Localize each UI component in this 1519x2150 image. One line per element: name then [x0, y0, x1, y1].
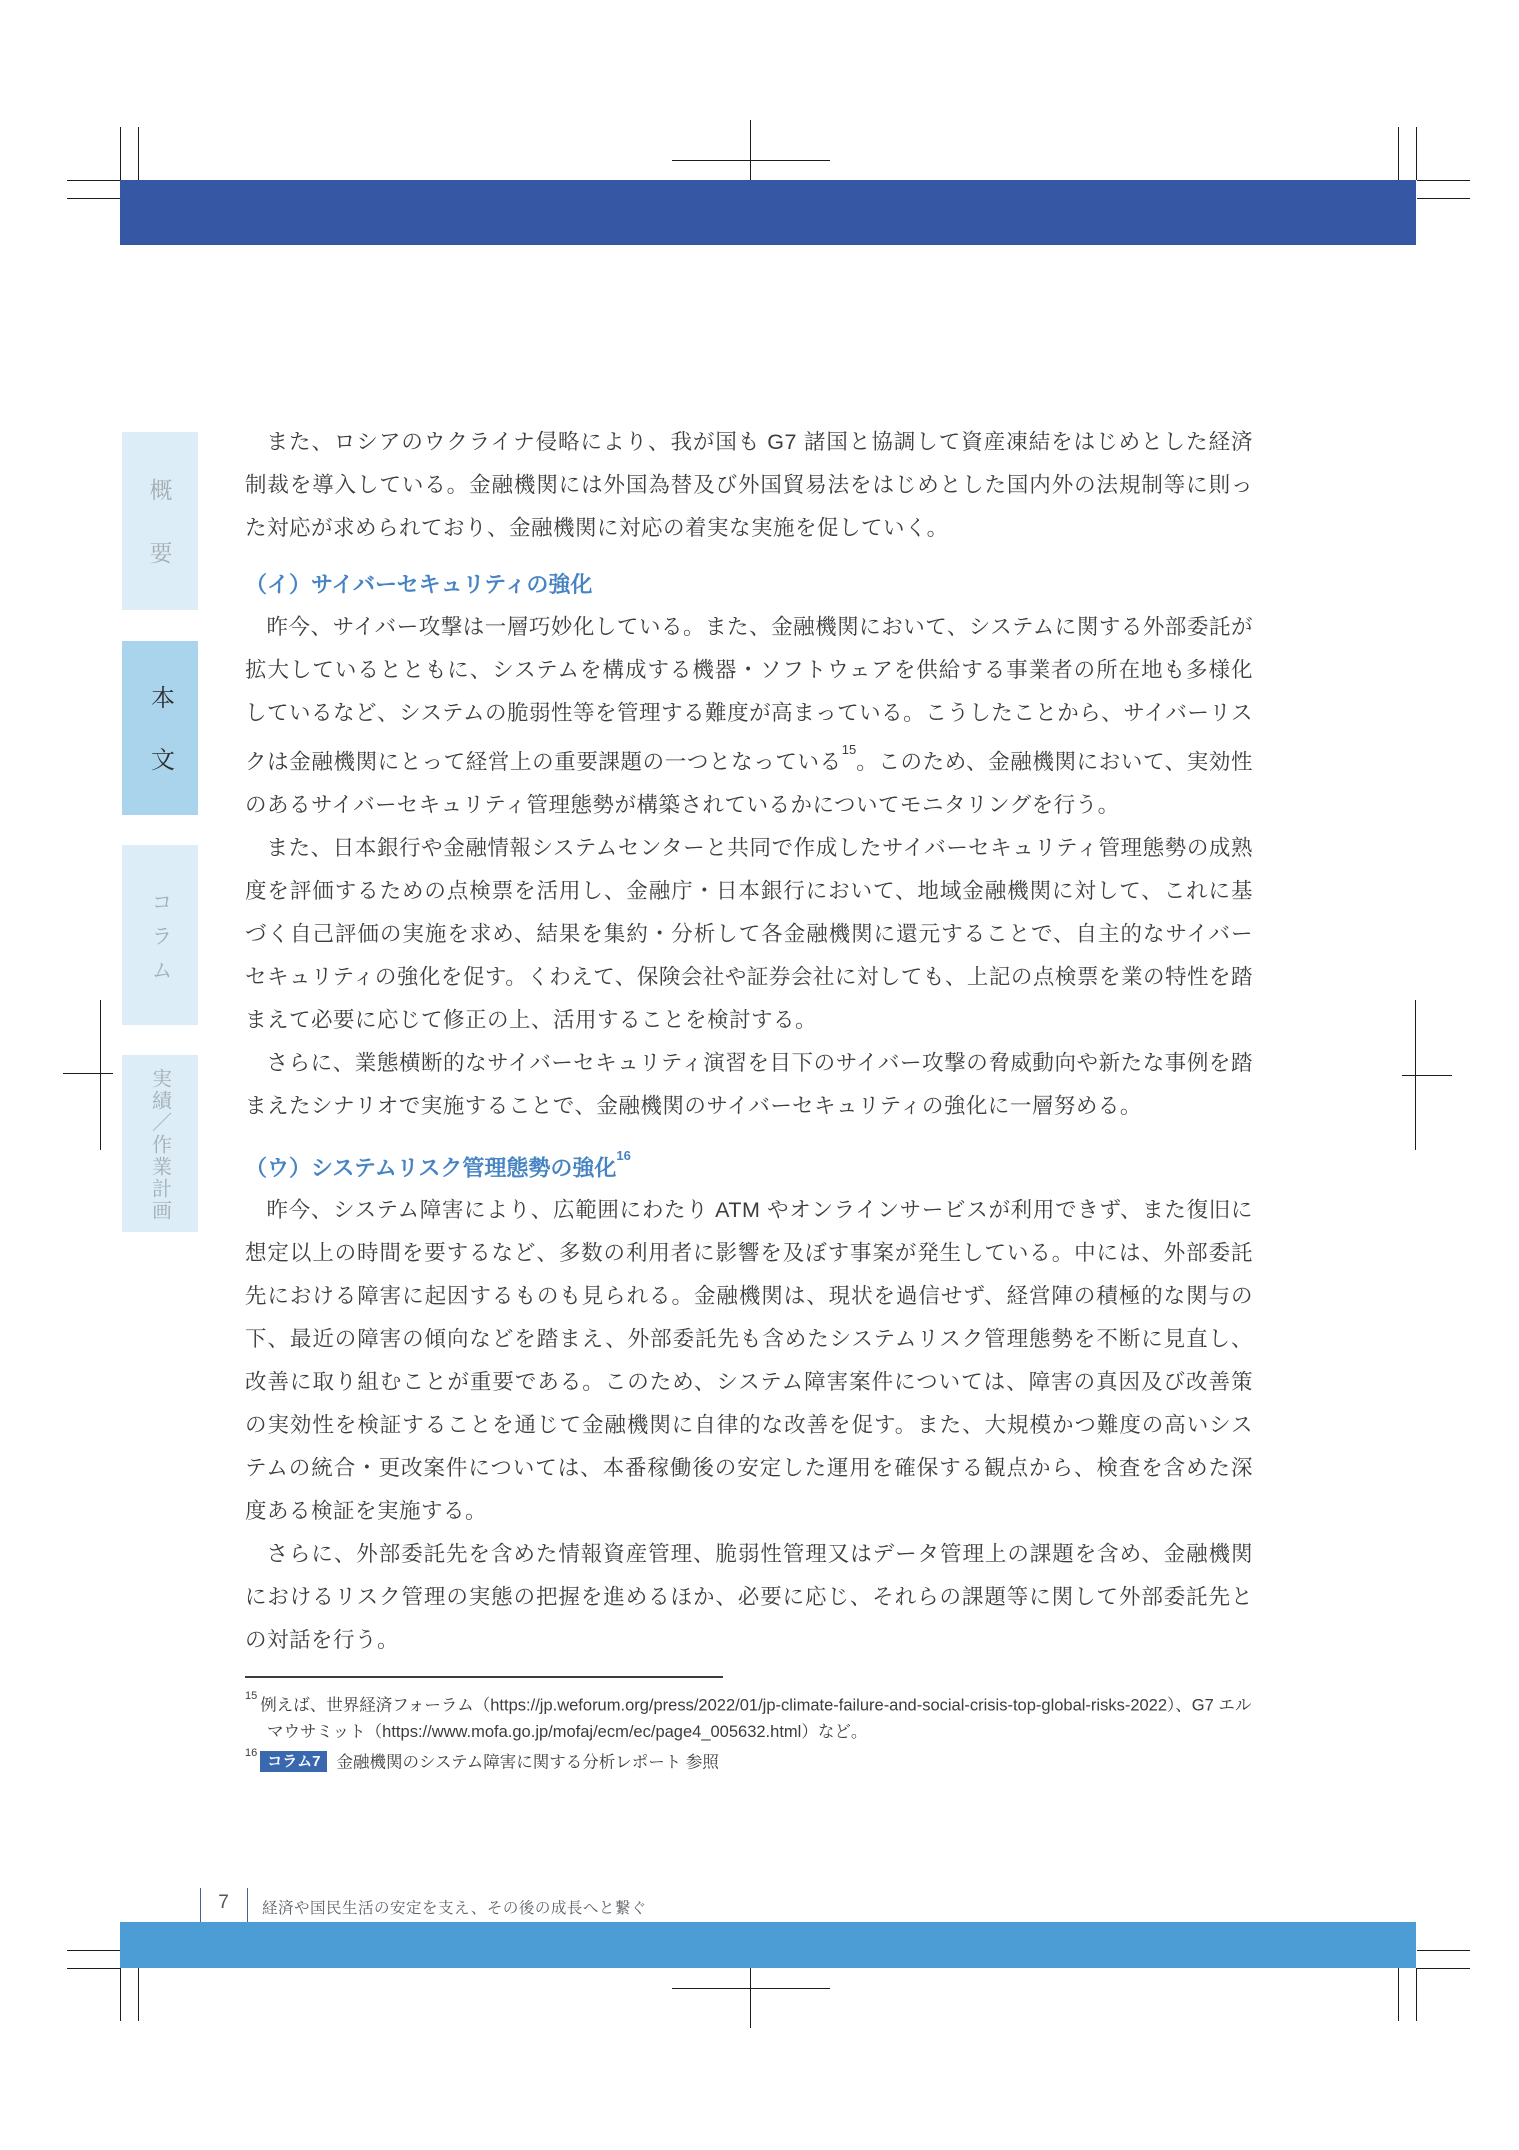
sidebar-tab-overview[interactable]: 概要	[122, 432, 198, 610]
crop-mark	[1416, 127, 1417, 180]
crop-mark	[138, 1968, 139, 2021]
paragraph: また、ロシアのウクライナ侵略により、我が国も G7 諸国と協調して資産凍結をはじ…	[245, 421, 1253, 550]
sidebar-tab-label: コラム	[145, 891, 175, 993]
document-page: 概要 本文 コラム 実績／作業計画 また、ロシアのウクライナ侵略により、我が国も…	[0, 0, 1519, 2150]
footnote-15: 15例えば、世界経済フォーラム（https://jp.weforum.org/p…	[245, 1688, 1253, 1745]
heading-text: （ウ）システムリスク管理態勢の強化	[245, 1155, 616, 1180]
crop-mark	[1417, 1968, 1470, 1969]
header-banner-bar	[120, 180, 1416, 245]
crop-mark	[1416, 1968, 1417, 2021]
section-heading-cybersecurity: （イ）サイバーセキュリティの強化	[245, 563, 1253, 606]
sidebar-tab-label: 実績／作業計画	[146, 1068, 175, 1222]
footnotes: 15例えば、世界経済フォーラム（https://jp.weforum.org/p…	[245, 1676, 1253, 1775]
crop-mark	[138, 127, 139, 180]
footnote-ref-16: 16	[616, 1148, 630, 1163]
paragraph: 昨今、システム障害により、広範囲にわたり ATM やオンラインサービスが利用でき…	[245, 1189, 1253, 1533]
paragraph: さらに、業態横断的なサイバーセキュリティ演習を目下のサイバー攻撃の脅威動向や新た…	[245, 1042, 1253, 1128]
paragraph: 昨今、サイバー攻撃は一層巧妙化している。また、金融機関において、システムに関する…	[245, 606, 1253, 827]
footnote-marker: 15	[245, 1690, 257, 1702]
crop-mark	[67, 1950, 120, 1951]
crop-mark	[67, 180, 120, 181]
footnote-separator	[245, 1676, 723, 1678]
crop-mark	[120, 127, 121, 180]
crop-mark	[1398, 1968, 1399, 2021]
crop-mark	[672, 1988, 830, 1989]
footer-chapter-title: 経済や国民生活の安定を支え、その後の成長へと繋ぐ	[262, 1896, 647, 1918]
footer-banner-bar	[120, 1922, 1416, 1968]
crop-mark	[100, 1000, 101, 1150]
crop-mark	[1417, 1950, 1470, 1951]
column7-badge[interactable]: コラム7	[260, 1751, 327, 1772]
sidebar-tab-main-text[interactable]: 本文	[122, 641, 198, 815]
footnote-16: 16コラム7金融機関のシステム障害に関する分析レポート 参照	[245, 1745, 1253, 1776]
sidebar-tab-label: 本文	[143, 685, 178, 809]
crop-mark	[63, 1073, 113, 1074]
paragraph: また、日本銀行や金融情報システムセンターと共同で作成したサイバーセキュリティ管理…	[245, 827, 1253, 1042]
main-text-column: また、ロシアのウクライナ侵略により、我が国も G7 諸国と協調して資産凍結をはじ…	[245, 421, 1253, 1775]
footnote-marker: 16	[245, 1747, 257, 1759]
crop-mark	[1417, 180, 1470, 181]
crop-mark	[120, 1968, 121, 2021]
footnote-ref-15: 15	[842, 742, 856, 757]
crop-mark	[1417, 198, 1470, 199]
crop-mark	[1402, 1075, 1452, 1076]
crop-mark	[67, 1968, 120, 1969]
sidebar-tab-column[interactable]: コラム	[122, 845, 198, 1025]
paragraph: さらに、外部委託先を含めた情報資産管理、脆弱性管理又はデータ管理上の課題を含め、…	[245, 1533, 1253, 1662]
sidebar-tab-results-workplan[interactable]: 実績／作業計画	[122, 1055, 198, 1232]
crop-mark	[1398, 127, 1399, 180]
footnote-text: 金融機関のシステム障害に関する分析レポート 参照	[336, 1753, 718, 1771]
crop-mark	[67, 198, 120, 199]
section-heading-system-risk: （ウ）システムリスク管理態勢の強化16	[245, 1141, 1253, 1189]
sidebar-tab-label: 概要	[144, 478, 177, 604]
page-number: 7	[201, 1892, 246, 1914]
footnote-text: 例えば、世界経済フォーラム（https://jp.weforum.org/pre…	[260, 1697, 1251, 1741]
crop-mark	[672, 160, 830, 161]
